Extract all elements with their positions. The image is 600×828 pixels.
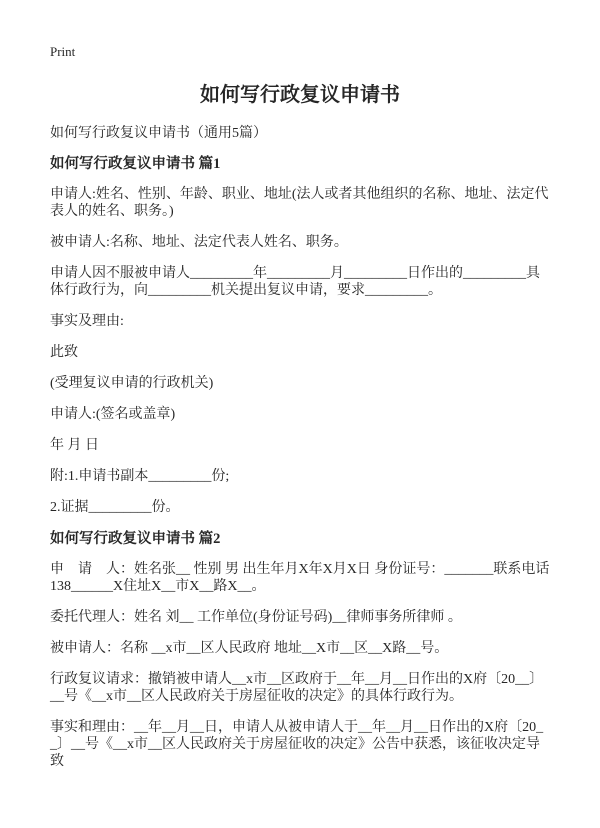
section-2-paragraph: 申 请 人：姓名张__ 性别 男 出生年月X年X月X日 身份证号：_______… [50,561,550,595]
section-1-paragraph: 此致 [50,344,550,361]
page-title: 如何写行政复议申请书 [50,83,550,107]
section-2-paragraph: 委托代理人：姓名 刘__ 工作单位(身份证号码)__律师事务所律师 。 [50,609,550,626]
document-page: Print 如何写行政复议申请书 如何写行政复议申请书（通用5篇） 如何写行政复… [0,0,600,828]
section-1-paragraph: 申请人:(签名或盖章) [50,406,550,423]
doc-subtitle: 如何写行政复议申请书（通用5篇） [50,125,550,142]
section-1-paragraph: 2.证据_________份。 [50,499,550,516]
section-1-paragraph: 被申请人:名称、地址、法定代表人姓名、职务。 [50,234,550,251]
section-2-paragraph: 行政复议请求：撤销被申请人__x市__区政府于__年__月__日作出的X府〔20… [50,671,550,705]
section-1-heading: 如何写行政复议申请书 篇1 [50,155,550,173]
section-1-paragraph: 附:1.申请书副本_________份; [50,468,550,485]
print-button[interactable]: Print [50,44,550,59]
section-1-paragraph: 年 月 日 [50,437,550,454]
section-1-paragraph: (受理复议申请的行政机关) [50,375,550,392]
section-1-paragraph: 申请人:姓名、性别、年龄、职业、地址(法人或者其他组织的名称、地址、法定代表人的… [50,186,550,220]
section-2-heading: 如何写行政复议申请书 篇2 [50,530,550,548]
section-2-paragraph: 事实和理由：__年__月__日，申请人从被申请人于__年__月__日作出的X府〔… [50,719,550,770]
section-1-paragraph: 申请人因不服被申请人_________年_________月_________日… [50,265,550,299]
section-1-paragraph: 事实及理由: [50,313,550,330]
section-2-paragraph: 被申请人：名称 __x市__区人民政府 地址__X市__区__X路__号。 [50,640,550,657]
